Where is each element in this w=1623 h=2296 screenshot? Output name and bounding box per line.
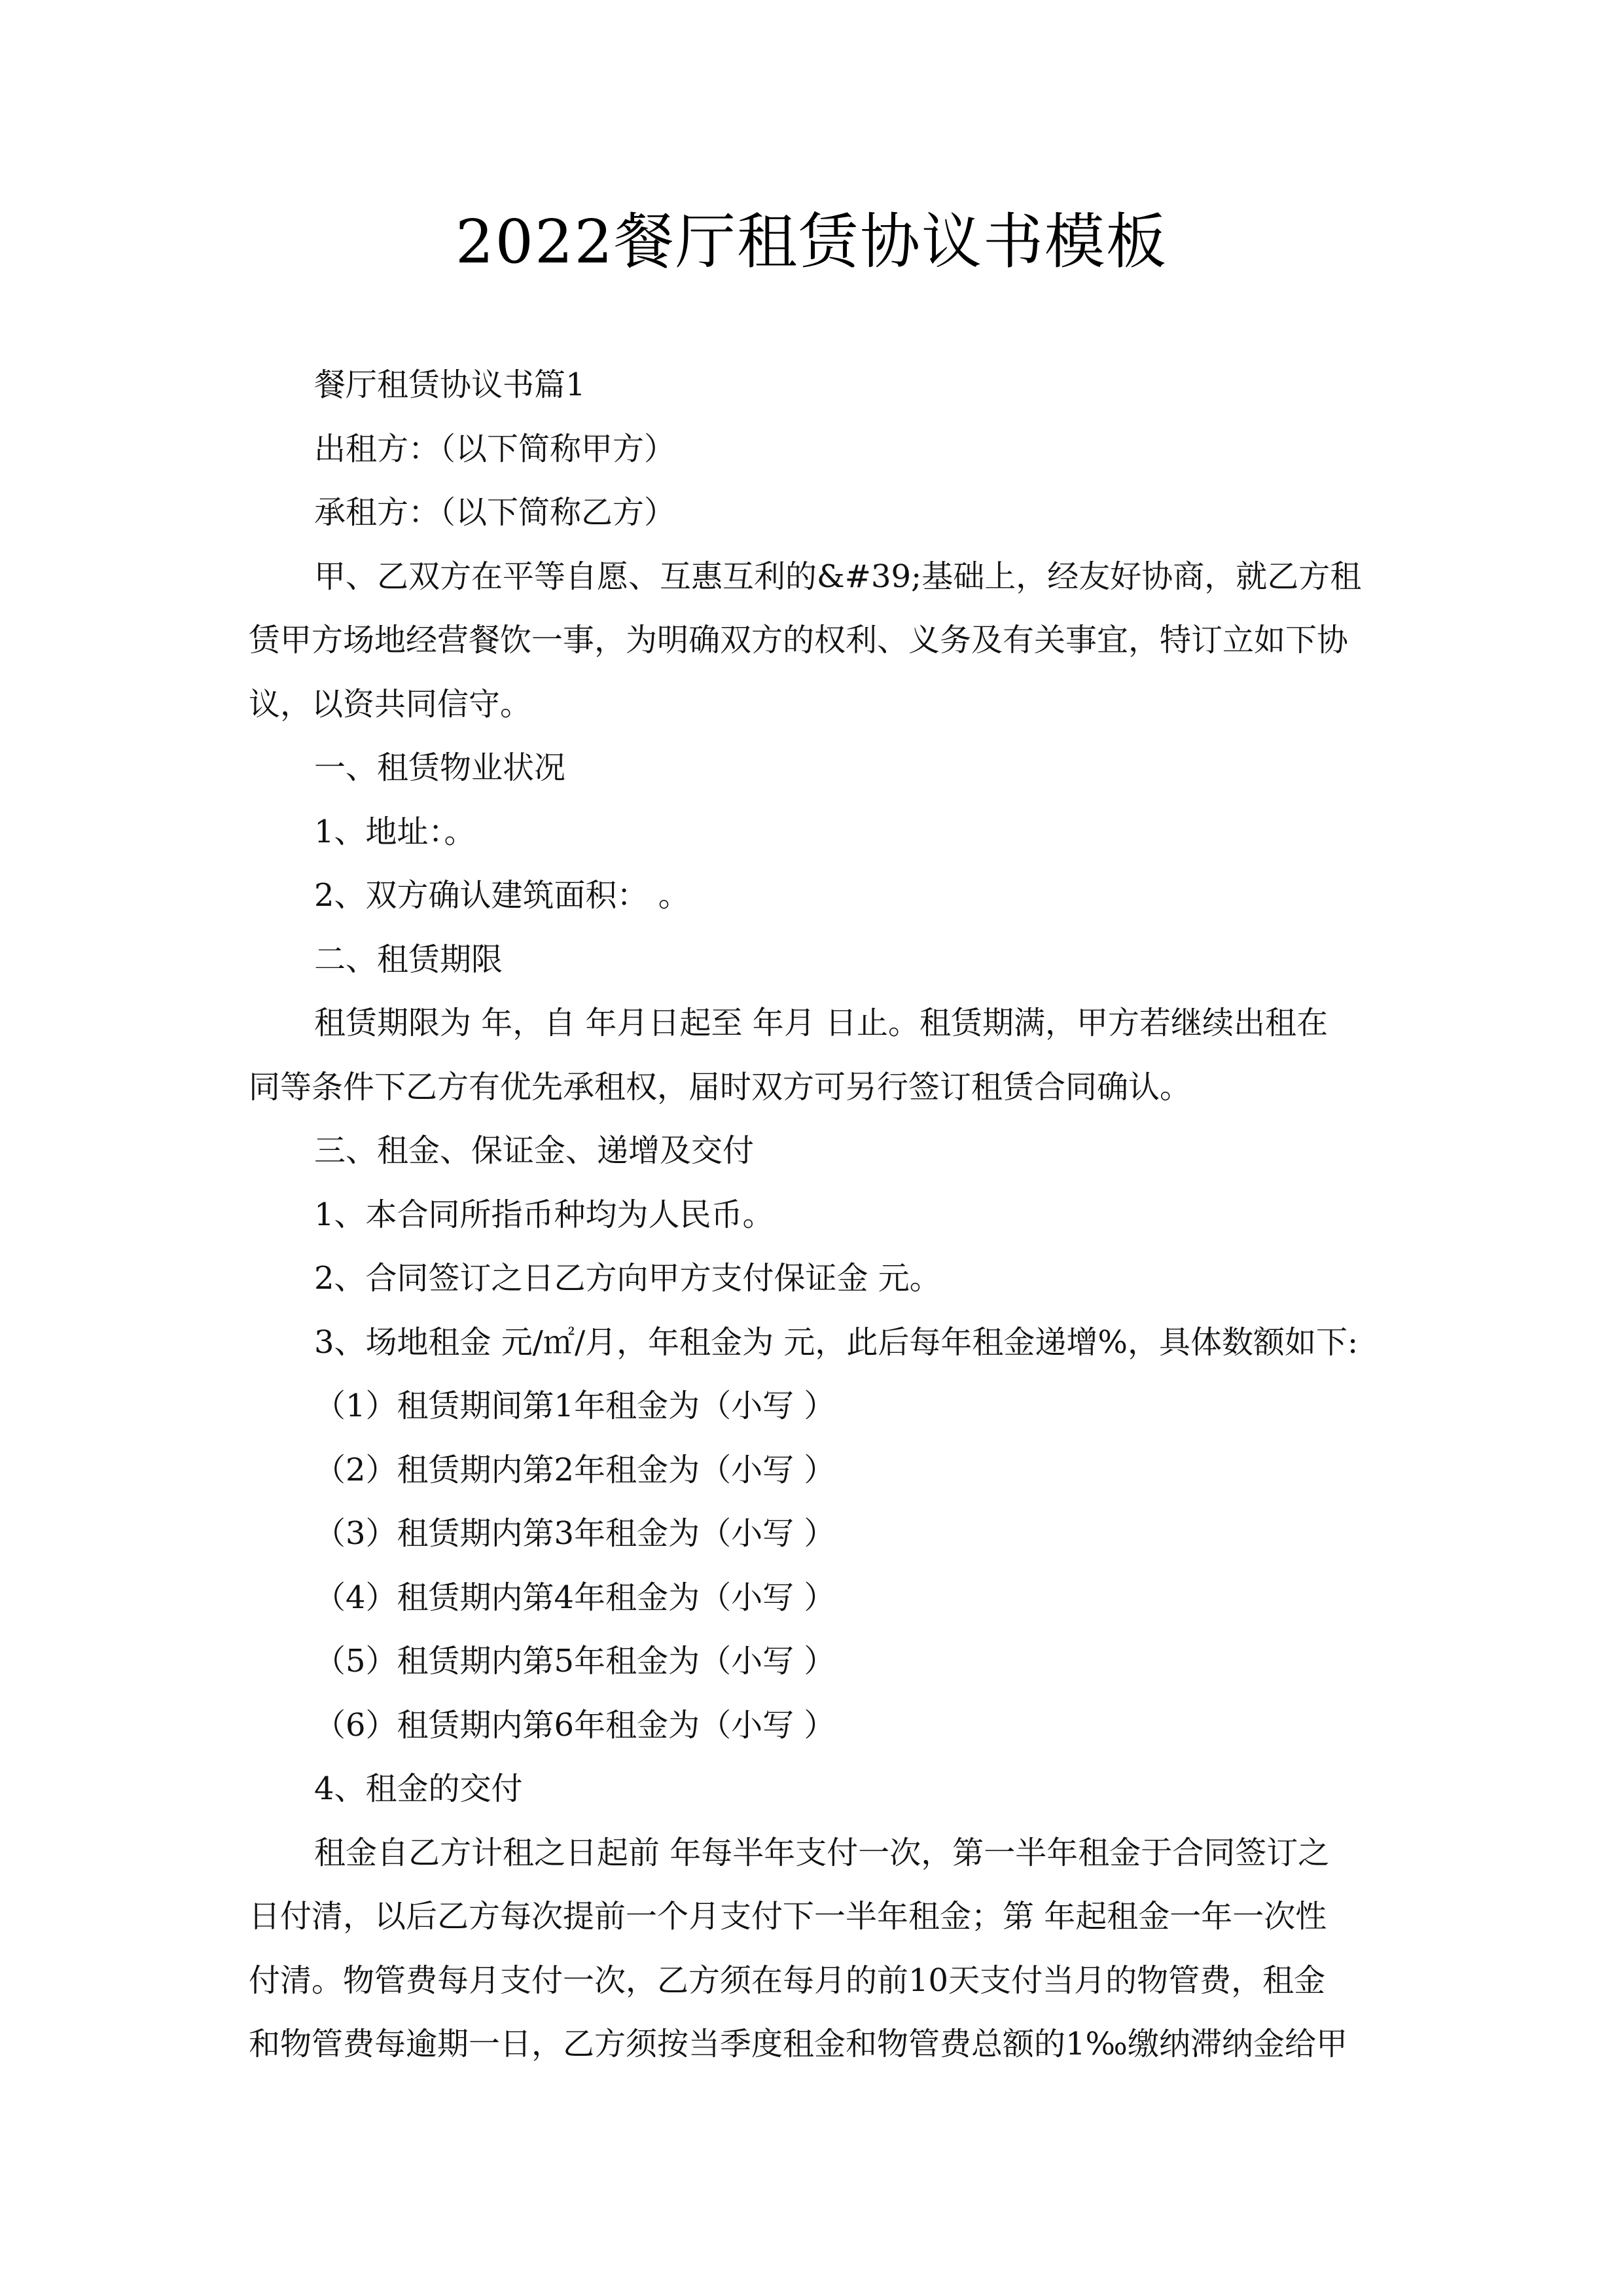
- lessor-line: 出租方：（以下简称甲方）: [249, 418, 1394, 482]
- rent-year-4: （4）租赁期内第4年租金为（小写 ）: [249, 1566, 1394, 1630]
- lease-term-line-2: 同等条件下乙方有优先承租权，届时双方可另行签订租赁合同确认。: [249, 1056, 1394, 1120]
- rent-year-5: （5）租赁期内第5年租金为（小写 ）: [249, 1630, 1394, 1694]
- clause-3-item-4: 4、租金的交付: [249, 1757, 1394, 1821]
- section-heading-part1: 餐厅租赁协议书篇1: [249, 353, 1394, 418]
- preamble-line-3: 议，以资共同信守。: [249, 673, 1394, 737]
- rent-year-1: （1）租赁期间第1年租金为（小写 ）: [249, 1374, 1394, 1439]
- clause-3-item-2: 2、合同签订之日乙方向甲方支付保证金 元。: [249, 1247, 1394, 1311]
- document-page: 2022餐厅租赁协议书模板 餐厅租赁协议书篇1 出租方：（以下简称甲方） 承租方…: [0, 0, 1623, 2296]
- payment-line-3: 付清。物管费每月支付一次，乙方须在每月的前10天支付当月的物管费，租金: [249, 1949, 1394, 2013]
- clause-heading-3: 三、租金、保证金、递增及交付: [249, 1119, 1394, 1183]
- clause-1-item-2: 2、双方确认建筑面积： 。: [249, 864, 1394, 928]
- document-body: 餐厅租赁协议书篇1 出租方：（以下简称甲方） 承租方：（以下简称乙方） 甲、乙双…: [249, 353, 1394, 2077]
- preamble-line-2: 赁甲方场地经营餐饮一事，为明确双方的权利、义务及有关事宜，特订立如下协: [249, 609, 1394, 673]
- payment-line-4: 和物管费每逾期一日，乙方须按当季度租金和物管费总额的1‰缴纳滞纳金给甲: [249, 2013, 1394, 2077]
- rent-year-3: （3）租赁期内第3年租金为（小写 ）: [249, 1502, 1394, 1566]
- rent-year-2: （2）租赁期内第2年租金为（小写 ）: [249, 1439, 1394, 1503]
- preamble-line-1: 甲、乙双方在平等自愿、互惠互利的&#39;基础上，经友好协商，就乙方租: [249, 545, 1394, 609]
- rent-year-6: （6）租赁期内第6年租金为（小写 ）: [249, 1694, 1394, 1758]
- payment-line-2: 日付清，以后乙方每次提前一个月支付下一半年租金；第 年起租金一年一次性: [249, 1885, 1394, 1949]
- clause-heading-1: 一、租赁物业状况: [249, 736, 1394, 800]
- clause-3-item-3: 3、场地租金 元/㎡/月，年租金为 元，此后每年租金递增%，具体数额如下:: [249, 1311, 1394, 1375]
- lease-term-line-1: 租赁期限为 年，自 年月日起至 年月 日止。租赁期满，甲方若继续出租在: [249, 992, 1394, 1056]
- payment-line-1: 租金自乙方计租之日起前 年每半年支付一次，第一半年租金于合同签订之: [249, 1821, 1394, 1886]
- document-title: 2022餐厅租赁协议书模板: [0, 196, 1623, 288]
- lessee-line: 承租方：（以下简称乙方）: [249, 481, 1394, 545]
- clause-3-item-1: 1、本合同所指币种均为人民币。: [249, 1183, 1394, 1247]
- clause-1-item-1: 1、地址：。: [249, 800, 1394, 865]
- clause-heading-2: 二、租赁期限: [249, 928, 1394, 992]
